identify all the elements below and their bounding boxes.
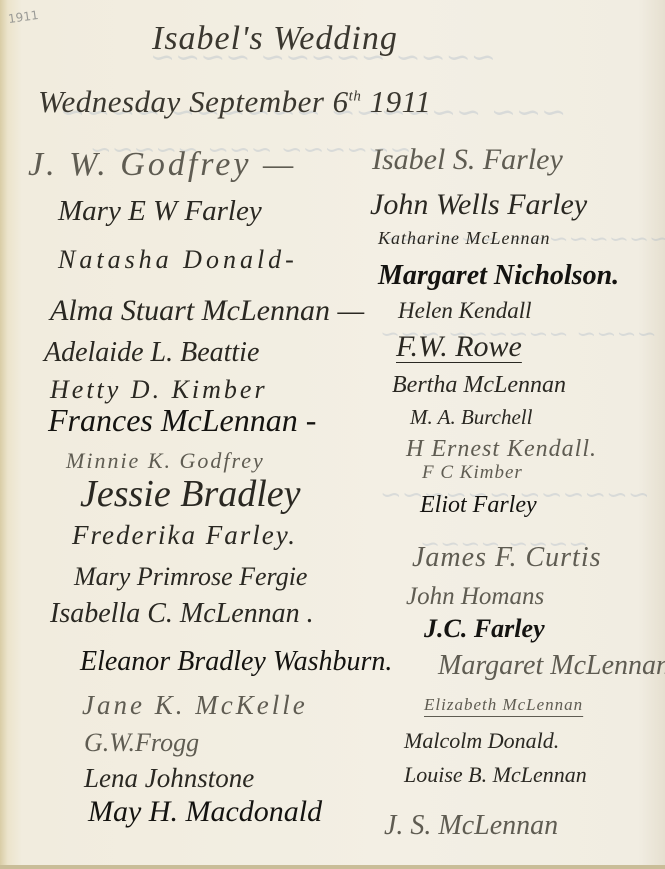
- signature: Frederika Farley.: [72, 520, 297, 551]
- date-weekday-month-day: Wednesday September 6: [38, 84, 349, 119]
- signature: H Ernest Kendall.: [406, 436, 597, 463]
- signature: Bertha McLennan: [392, 372, 566, 399]
- signature: F.W. Rowe: [396, 330, 522, 364]
- signature: Hetty D. Kimber: [50, 375, 268, 405]
- signature: Eleanor Bradley Washburn.: [80, 646, 392, 678]
- signature: Adelaide L. Beattie: [44, 337, 259, 369]
- signature: Jessie Bradley: [80, 472, 301, 516]
- signature: Margaret McLennan: [438, 650, 665, 682]
- signature: Alma Stuart McLennan —: [50, 294, 364, 328]
- signature: Minnie K. Godfrey: [66, 448, 265, 474]
- signature: M. A. Burchell: [410, 405, 532, 430]
- guestbook-page: ~~~~ ~~~~~ ~~~~ ~~~ ~~~~~~ ~~~~~~ ~~~~ ~…: [0, 0, 665, 869]
- signature: Mary E W Farley: [58, 195, 262, 228]
- signature: J. W. Godfrey —: [28, 146, 296, 184]
- event-date: Wednesday September 6th 1911: [38, 84, 431, 120]
- date-year: 1911: [370, 84, 432, 119]
- signature: Isabel S. Farley: [372, 143, 563, 177]
- signature: Elizabeth McLennan: [424, 695, 583, 715]
- signature: Eliot Farley: [420, 492, 537, 519]
- signature: Louise B. McLennan: [404, 762, 587, 788]
- page-title: Isabel's Wedding: [152, 20, 398, 58]
- signature: J. S. McLennan: [384, 810, 558, 842]
- signature: Lena Johnstone: [84, 763, 254, 794]
- signature: Isabella C. McLennan .: [50, 598, 314, 630]
- pencil-annotation: 1911: [7, 8, 39, 26]
- signature: Frances McLennan -: [48, 402, 316, 439]
- signature: Helen Kendall: [398, 298, 532, 324]
- signature: Malcolm Donald.: [404, 728, 559, 754]
- signature: G.W.Frogg: [84, 728, 199, 758]
- signature: Natasha Donald-: [58, 245, 298, 275]
- signature: Margaret Nicholson.: [378, 260, 619, 292]
- signature: Jane K. McKelle: [82, 690, 308, 721]
- signature: James F. Curtis: [412, 542, 602, 574]
- signature: Mary Primrose Fergie: [74, 562, 307, 592]
- signature: May H. Macdonald: [88, 795, 322, 829]
- signature: John Homans: [406, 583, 544, 611]
- signature: F C Kimber: [422, 462, 523, 484]
- date-ordinal-suffix: th: [349, 89, 362, 105]
- signature: J.C. Farley: [424, 614, 545, 644]
- signature: Katharine McLennan: [378, 228, 551, 249]
- signature: John Wells Farley: [370, 188, 587, 222]
